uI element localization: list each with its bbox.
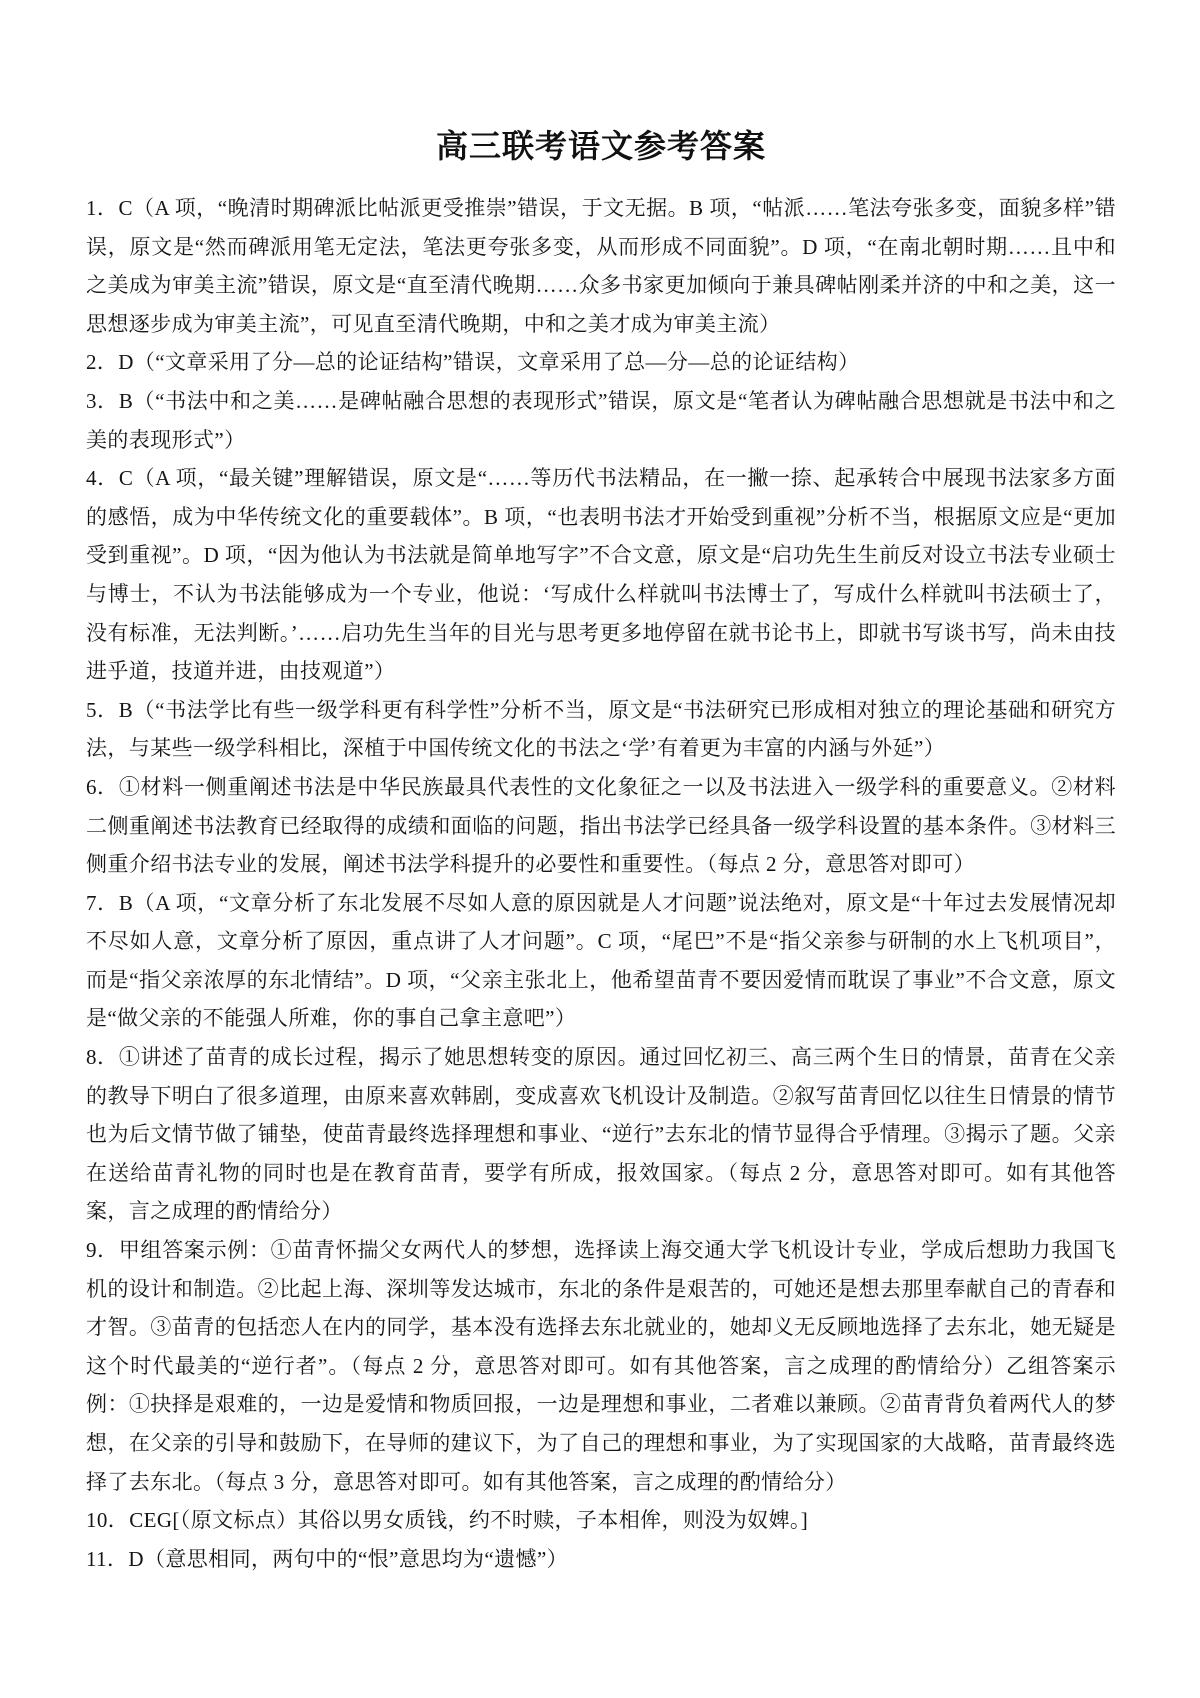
- answer-item-9: 9．甲组答案示例：①苗青怀揣父女两代人的梦想，选择读上海交通大学飞机设计专业，学…: [86, 1231, 1116, 1501]
- answer-item-5: 5．B（“书法学比有些一级学科更有科学性”分析不当，原文是“书法研究已形成相对独…: [86, 691, 1116, 768]
- answer-item-11: 11．D（意思相同，两句中的“恨”意思均为“遗憾”）: [86, 1540, 1116, 1579]
- document-page: 高三联考语文参考答案 1．C（A 项，“晚清时期碑派比帖派更受推崇”错误，于文无…: [0, 0, 1200, 1698]
- answer-item-4: 4．C（A 项，“最关键”理解错误，原文是“……等历代书法精品，在一撇一捺、起承…: [86, 459, 1116, 691]
- answer-item-1: 1．C（A 项，“晚清时期碑派比帖派更受推崇”错误，于文无据。B 项，“帖派………: [86, 189, 1116, 343]
- answer-item-6: 6．①材料一侧重阐述书法是中华民族最具代表性的文化象征之一以及书法进入一级学科的…: [86, 768, 1116, 884]
- answer-item-7: 7．B（A 项，“文章分析了东北发展不尽如人意的原因就是人才问题”说法绝对，原文…: [86, 884, 1116, 1038]
- answers-list: 1．C（A 项，“晚清时期碑派比帖派更受推崇”错误，于文无据。B 项，“帖派………: [86, 189, 1116, 1578]
- answer-item-8: 8．①讲述了苗青的成长过程，揭示了她思想转变的原因。通过回忆初三、高三两个生日的…: [86, 1038, 1116, 1231]
- answer-item-3: 3．B（“书法中和之美……是碑帖融合思想的表现形式”错误，原文是“笔者认为碑帖融…: [86, 382, 1116, 459]
- answer-item-2: 2．D（“文章采用了分—总的论证结构”错误，文章采用了总—分—总的论证结构）: [86, 343, 1116, 382]
- answer-item-10: 10．CEG[（原文标点）其俗以男女质钱，约不时赎，子本相侔，则没为奴婢。]: [86, 1501, 1116, 1540]
- page-title: 高三联考语文参考答案: [86, 126, 1116, 166]
